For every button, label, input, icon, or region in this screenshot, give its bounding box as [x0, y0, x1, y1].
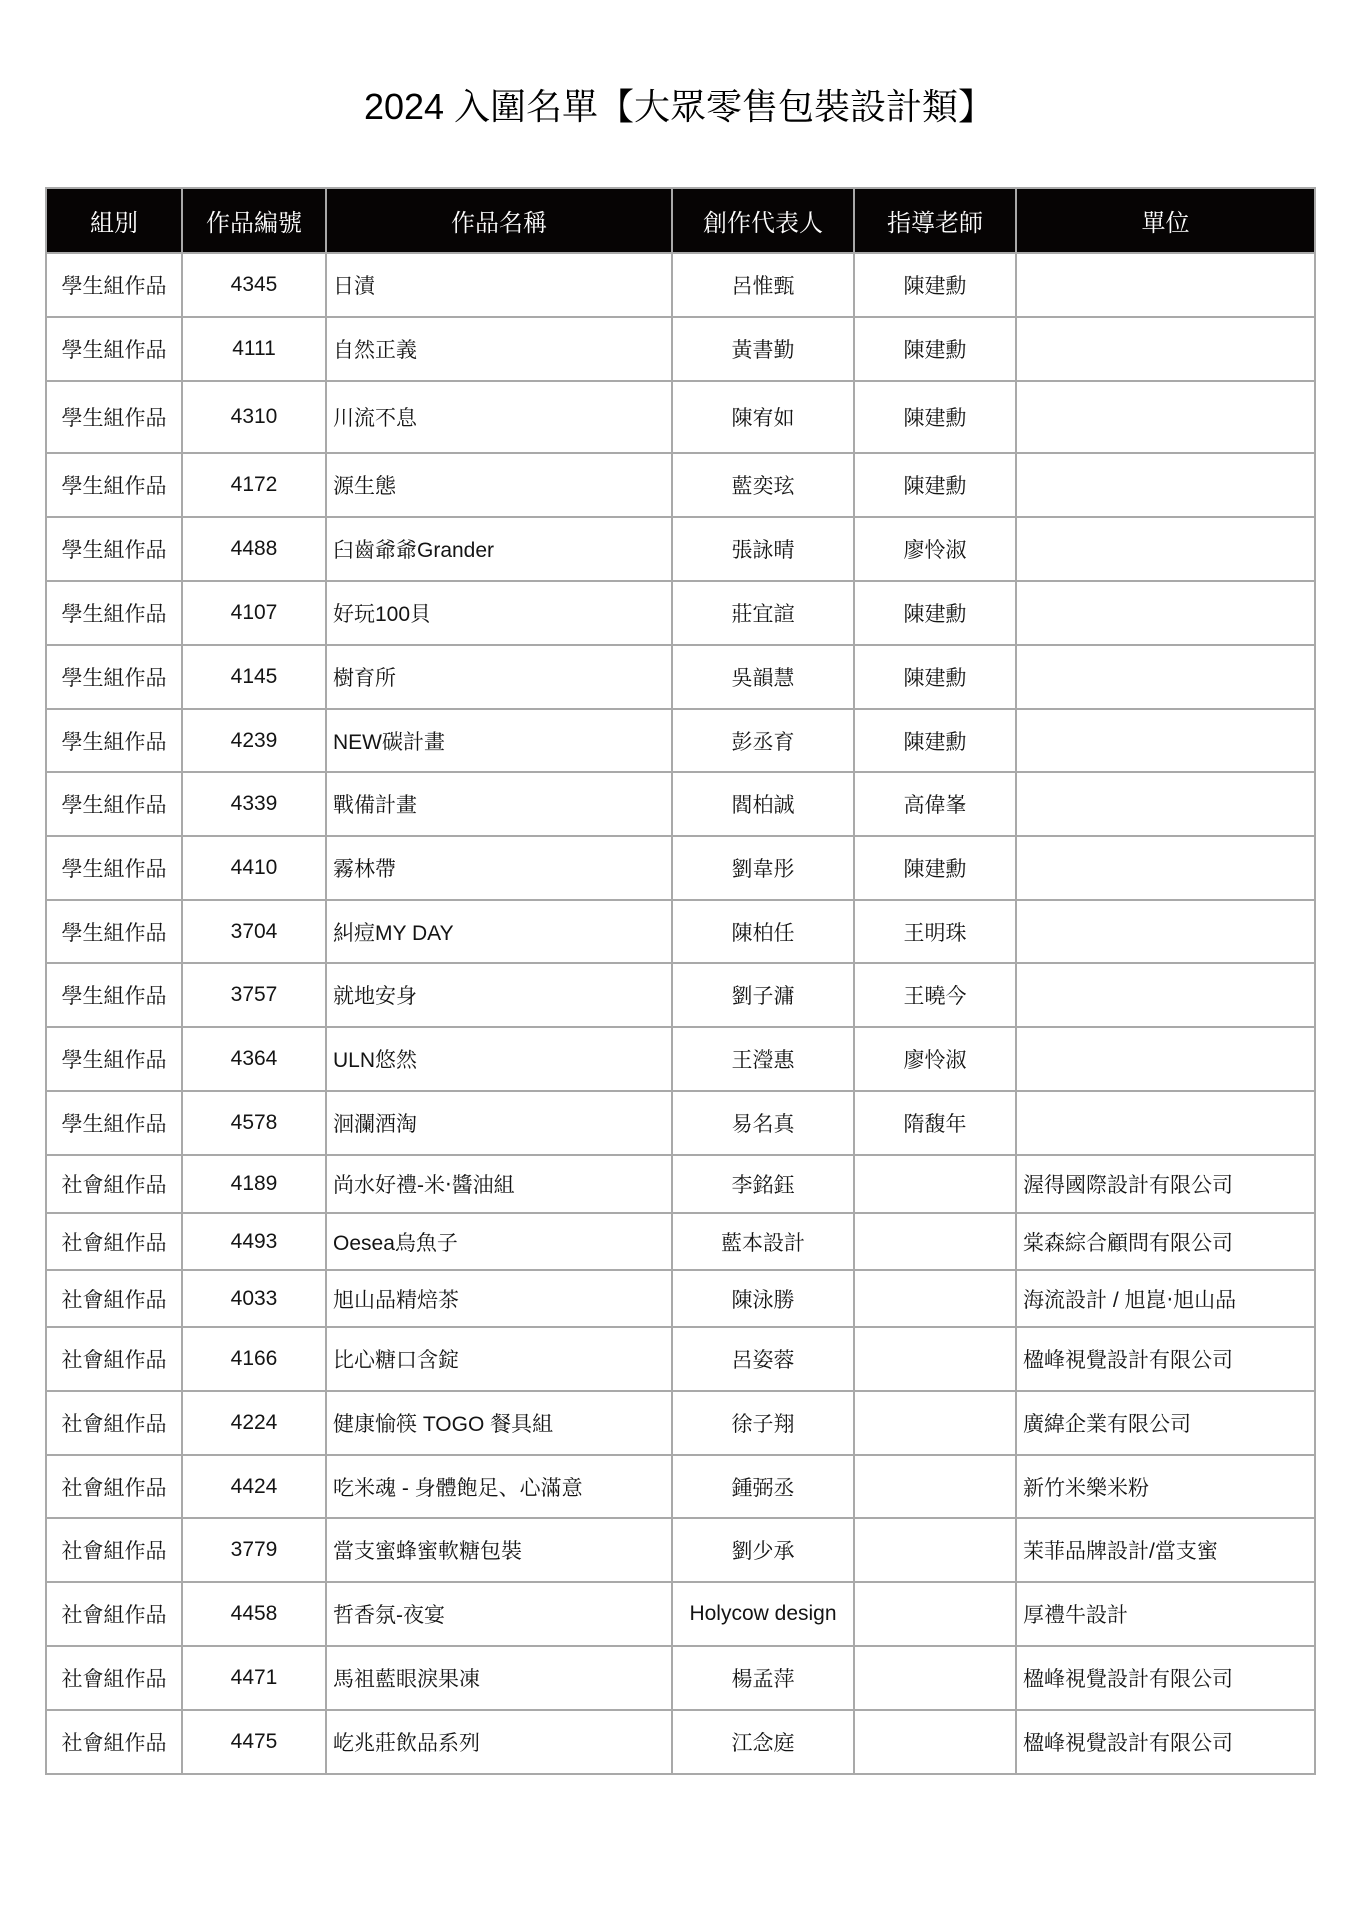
cell-advisor: 高偉峯: [854, 772, 1016, 836]
cell-creator: 鍾弼丞: [672, 1455, 854, 1518]
cell-group: 學生組作品: [46, 900, 182, 963]
cell-work-name: 好玩100貝: [326, 581, 672, 645]
cell-work-name: 屹兆莊飲品系列: [326, 1710, 672, 1774]
cell-unit: 海流設計 / 旭崑‧旭山品: [1016, 1270, 1315, 1327]
table-row: 社會組作品4189尚水好禮-米‧醬油組李銘鈺渥得國際設計有限公司: [46, 1155, 1315, 1213]
table-row: 學生組作品4339戰備計畫閻柏誠高偉峯: [46, 772, 1315, 836]
cell-unit: [1016, 381, 1315, 453]
cell-group: 學生組作品: [46, 581, 182, 645]
cell-advisor: 陳建勳: [854, 836, 1016, 900]
cell-advisor: [854, 1455, 1016, 1518]
table-row: 學生組作品4578洄瀾酒淘易名真隋馥年: [46, 1091, 1315, 1155]
cell-work-name: 尚水好禮-米‧醬油組: [326, 1155, 672, 1213]
cell-work-name: 戰備計畫: [326, 772, 672, 836]
column-header-id: 作品編號: [182, 188, 326, 253]
cell-id: 3779: [182, 1518, 326, 1582]
cell-id: 4424: [182, 1455, 326, 1518]
cell-group: 學生組作品: [46, 645, 182, 709]
cell-group: 社會組作品: [46, 1213, 182, 1270]
cell-creator: 彭丞育: [672, 709, 854, 772]
cell-id: 4410: [182, 836, 326, 900]
cell-unit: [1016, 900, 1315, 963]
cell-advisor: 陳建勳: [854, 317, 1016, 381]
cell-advisor: 陳建勳: [854, 253, 1016, 317]
cell-id: 4364: [182, 1027, 326, 1091]
cell-unit: 楹峰視覺設計有限公司: [1016, 1327, 1315, 1391]
table-row: 學生組作品4410霧林帶劉韋彤陳建勳: [46, 836, 1315, 900]
table-header-row: 組別 作品編號 作品名稱 創作代表人 指導老師 單位: [46, 188, 1315, 253]
table-row: 社會組作品4424吃米魂 - 身體飽足、心滿意鍾弼丞新竹米樂米粉: [46, 1455, 1315, 1518]
cell-advisor: 王曉今: [854, 963, 1016, 1027]
cell-unit: [1016, 1091, 1315, 1155]
cell-creator: 陳泳勝: [672, 1270, 854, 1327]
cell-group: 學生組作品: [46, 1027, 182, 1091]
table-row: 社會組作品4033旭山品精焙茶陳泳勝海流設計 / 旭崑‧旭山品: [46, 1270, 1315, 1327]
table-row: 社會組作品4471馬祖藍眼淚果凍楊孟萍楹峰視覺設計有限公司: [46, 1646, 1315, 1710]
cell-work-name: 馬祖藍眼淚果凍: [326, 1646, 672, 1710]
cell-advisor: [854, 1582, 1016, 1646]
cell-work-name: 川流不息: [326, 381, 672, 453]
cell-unit: [1016, 772, 1315, 836]
column-header-creator: 創作代表人: [672, 188, 854, 253]
cell-id: 4166: [182, 1327, 326, 1391]
cell-group: 學生組作品: [46, 1091, 182, 1155]
cell-creator: 徐子翔: [672, 1391, 854, 1455]
cell-work-name: 源生態: [326, 453, 672, 517]
cell-advisor: [854, 1710, 1016, 1774]
cell-advisor: 陳建勳: [854, 453, 1016, 517]
cell-id: 4033: [182, 1270, 326, 1327]
cell-creator: 楊孟萍: [672, 1646, 854, 1710]
cell-creator: 藍本設計: [672, 1213, 854, 1270]
cell-creator: 江念庭: [672, 1710, 854, 1774]
cell-creator: 劉少承: [672, 1518, 854, 1582]
column-header-advisor: 指導老師: [854, 188, 1016, 253]
table-row: 學生組作品3704糾痘MY DAY陳柏任王明珠: [46, 900, 1315, 963]
cell-group: 社會組作品: [46, 1270, 182, 1327]
cell-advisor: 王明珠: [854, 900, 1016, 963]
cell-group: 社會組作品: [46, 1710, 182, 1774]
cell-work-name: 當支蜜蜂蜜軟糖包裝: [326, 1518, 672, 1582]
cell-id: 4458: [182, 1582, 326, 1646]
table-row: 社會組作品4166比心糖口含錠呂姿蓉楹峰視覺設計有限公司: [46, 1327, 1315, 1391]
table-row: 社會組作品4224健康愉筷 TOGO 餐具組徐子翔廣緯企業有限公司: [46, 1391, 1315, 1455]
cell-work-name: 臼齒爺爺Grander: [326, 517, 672, 581]
cell-unit: [1016, 645, 1315, 709]
cell-advisor: 陳建勳: [854, 645, 1016, 709]
table-row: 學生組作品4364ULN悠然王瀅惠廖怜淑: [46, 1027, 1315, 1091]
cell-creator: 呂惟甄: [672, 253, 854, 317]
cell-group: 學生組作品: [46, 253, 182, 317]
cell-work-name: 洄瀾酒淘: [326, 1091, 672, 1155]
cell-creator: 劉子滽: [672, 963, 854, 1027]
page-title: 2024 入圍名單【大眾零售包裝設計類】: [0, 84, 1358, 130]
finalist-table: 組別 作品編號 作品名稱 創作代表人 指導老師 單位 學生組作品4345日漬呂惟…: [45, 187, 1316, 1775]
cell-group: 學生組作品: [46, 381, 182, 453]
cell-id: 4475: [182, 1710, 326, 1774]
cell-work-name: 吃米魂 - 身體飽足、心滿意: [326, 1455, 672, 1518]
cell-unit: 茉菲品牌設計/當支蜜: [1016, 1518, 1315, 1582]
cell-work-name: 就地安身: [326, 963, 672, 1027]
cell-id: 4107: [182, 581, 326, 645]
cell-creator: 藍奕玹: [672, 453, 854, 517]
cell-group: 社會組作品: [46, 1646, 182, 1710]
cell-group: 學生組作品: [46, 453, 182, 517]
table-row: 學生組作品4107好玩100貝莊宜諠陳建勳: [46, 581, 1315, 645]
cell-work-name: 樹育所: [326, 645, 672, 709]
cell-id: 4145: [182, 645, 326, 709]
cell-advisor: [854, 1391, 1016, 1455]
cell-unit: [1016, 836, 1315, 900]
cell-advisor: 廖怜淑: [854, 517, 1016, 581]
cell-id: 4111: [182, 317, 326, 381]
cell-work-name: Oesea烏魚子: [326, 1213, 672, 1270]
cell-creator: Holycow design: [672, 1582, 854, 1646]
cell-id: 4189: [182, 1155, 326, 1213]
cell-id: 4239: [182, 709, 326, 772]
cell-work-name: 糾痘MY DAY: [326, 900, 672, 963]
cell-id: 4310: [182, 381, 326, 453]
cell-creator: 閻柏誠: [672, 772, 854, 836]
cell-creator: 易名真: [672, 1091, 854, 1155]
column-header-unit: 單位: [1016, 188, 1315, 253]
cell-creator: 陳柏任: [672, 900, 854, 963]
cell-advisor: [854, 1213, 1016, 1270]
cell-work-name: 旭山品精焙茶: [326, 1270, 672, 1327]
cell-unit: [1016, 453, 1315, 517]
cell-unit: [1016, 253, 1315, 317]
cell-advisor: [854, 1155, 1016, 1213]
cell-id: 4493: [182, 1213, 326, 1270]
table-row: 社會組作品3779當支蜜蜂蜜軟糖包裝劉少承茉菲品牌設計/當支蜜: [46, 1518, 1315, 1582]
cell-creator: 劉韋彤: [672, 836, 854, 900]
cell-unit: [1016, 317, 1315, 381]
cell-creator: 張詠晴: [672, 517, 854, 581]
cell-id: 4488: [182, 517, 326, 581]
table-row: 學生組作品4172源生態藍奕玹陳建勳: [46, 453, 1315, 517]
cell-creator: 黃書勤: [672, 317, 854, 381]
cell-work-name: NEW碳計畫: [326, 709, 672, 772]
cell-id: 4224: [182, 1391, 326, 1455]
cell-group: 社會組作品: [46, 1155, 182, 1213]
cell-creator: 吳韻慧: [672, 645, 854, 709]
cell-unit: [1016, 963, 1315, 1027]
table-row: 學生組作品4239NEW碳計畫彭丞育陳建勳: [46, 709, 1315, 772]
cell-work-name: 健康愉筷 TOGO 餐具組: [326, 1391, 672, 1455]
cell-unit: 廣緯企業有限公司: [1016, 1391, 1315, 1455]
cell-advisor: [854, 1646, 1016, 1710]
cell-advisor: [854, 1270, 1016, 1327]
cell-group: 社會組作品: [46, 1518, 182, 1582]
cell-unit: [1016, 581, 1315, 645]
cell-id: 4471: [182, 1646, 326, 1710]
cell-unit: 楹峰視覺設計有限公司: [1016, 1710, 1315, 1774]
cell-group: 學生組作品: [46, 317, 182, 381]
cell-id: 3757: [182, 963, 326, 1027]
cell-group: 學生組作品: [46, 709, 182, 772]
cell-group: 社會組作品: [46, 1582, 182, 1646]
cell-unit: 渥得國際設計有限公司: [1016, 1155, 1315, 1213]
cell-creator: 莊宜諠: [672, 581, 854, 645]
cell-work-name: 日漬: [326, 253, 672, 317]
cell-work-name: ULN悠然: [326, 1027, 672, 1091]
cell-advisor: 陳建勳: [854, 709, 1016, 772]
cell-unit: [1016, 709, 1315, 772]
table-row: 學生組作品4310川流不息陳宥如陳建勳: [46, 381, 1315, 453]
cell-group: 社會組作品: [46, 1455, 182, 1518]
table-row: 學生組作品4145樹育所吳韻慧陳建勳: [46, 645, 1315, 709]
cell-work-name: 哲香氛-夜宴: [326, 1582, 672, 1646]
table-row: 社會組作品4458哲香氛-夜宴Holycow design厚禮牛設計: [46, 1582, 1315, 1646]
cell-id: 4578: [182, 1091, 326, 1155]
table-row: 學生組作品3757就地安身劉子滽王曉今: [46, 963, 1315, 1027]
cell-work-name: 比心糖口含錠: [326, 1327, 672, 1391]
cell-group: 學生組作品: [46, 836, 182, 900]
cell-advisor: [854, 1518, 1016, 1582]
cell-unit: 新竹米樂米粉: [1016, 1455, 1315, 1518]
cell-group: 學生組作品: [46, 772, 182, 836]
cell-unit: 棠森綜合顧問有限公司: [1016, 1213, 1315, 1270]
cell-work-name: 自然正義: [326, 317, 672, 381]
cell-creator: 王瀅惠: [672, 1027, 854, 1091]
cell-creator: 呂姿蓉: [672, 1327, 854, 1391]
table-row: 學生組作品4111自然正義黃書勤陳建勳: [46, 317, 1315, 381]
cell-unit: [1016, 517, 1315, 581]
cell-advisor: 廖怜淑: [854, 1027, 1016, 1091]
cell-unit: 厚禮牛設計: [1016, 1582, 1315, 1646]
cell-advisor: 隋馥年: [854, 1091, 1016, 1155]
cell-work-name: 霧林帶: [326, 836, 672, 900]
cell-advisor: 陳建勳: [854, 581, 1016, 645]
column-header-group: 組別: [46, 188, 182, 253]
cell-group: 社會組作品: [46, 1391, 182, 1455]
table-row: 社會組作品4475屹兆莊飲品系列江念庭楹峰視覺設計有限公司: [46, 1710, 1315, 1774]
table-row: 學生組作品4488臼齒爺爺Grander張詠晴廖怜淑: [46, 517, 1315, 581]
cell-creator: 陳宥如: [672, 381, 854, 453]
cell-group: 學生組作品: [46, 963, 182, 1027]
cell-unit: [1016, 1027, 1315, 1091]
cell-group: 社會組作品: [46, 1327, 182, 1391]
cell-creator: 李銘鈺: [672, 1155, 854, 1213]
cell-id: 4339: [182, 772, 326, 836]
cell-advisor: [854, 1327, 1016, 1391]
table-row: 學生組作品4345日漬呂惟甄陳建勳: [46, 253, 1315, 317]
cell-advisor: 陳建勳: [854, 381, 1016, 453]
cell-unit: 楹峰視覺設計有限公司: [1016, 1646, 1315, 1710]
column-header-name: 作品名稱: [326, 188, 672, 253]
table-row: 社會組作品4493Oesea烏魚子藍本設計棠森綜合顧問有限公司: [46, 1213, 1315, 1270]
cell-group: 學生組作品: [46, 517, 182, 581]
cell-id: 4345: [182, 253, 326, 317]
cell-id: 4172: [182, 453, 326, 517]
cell-id: 3704: [182, 900, 326, 963]
